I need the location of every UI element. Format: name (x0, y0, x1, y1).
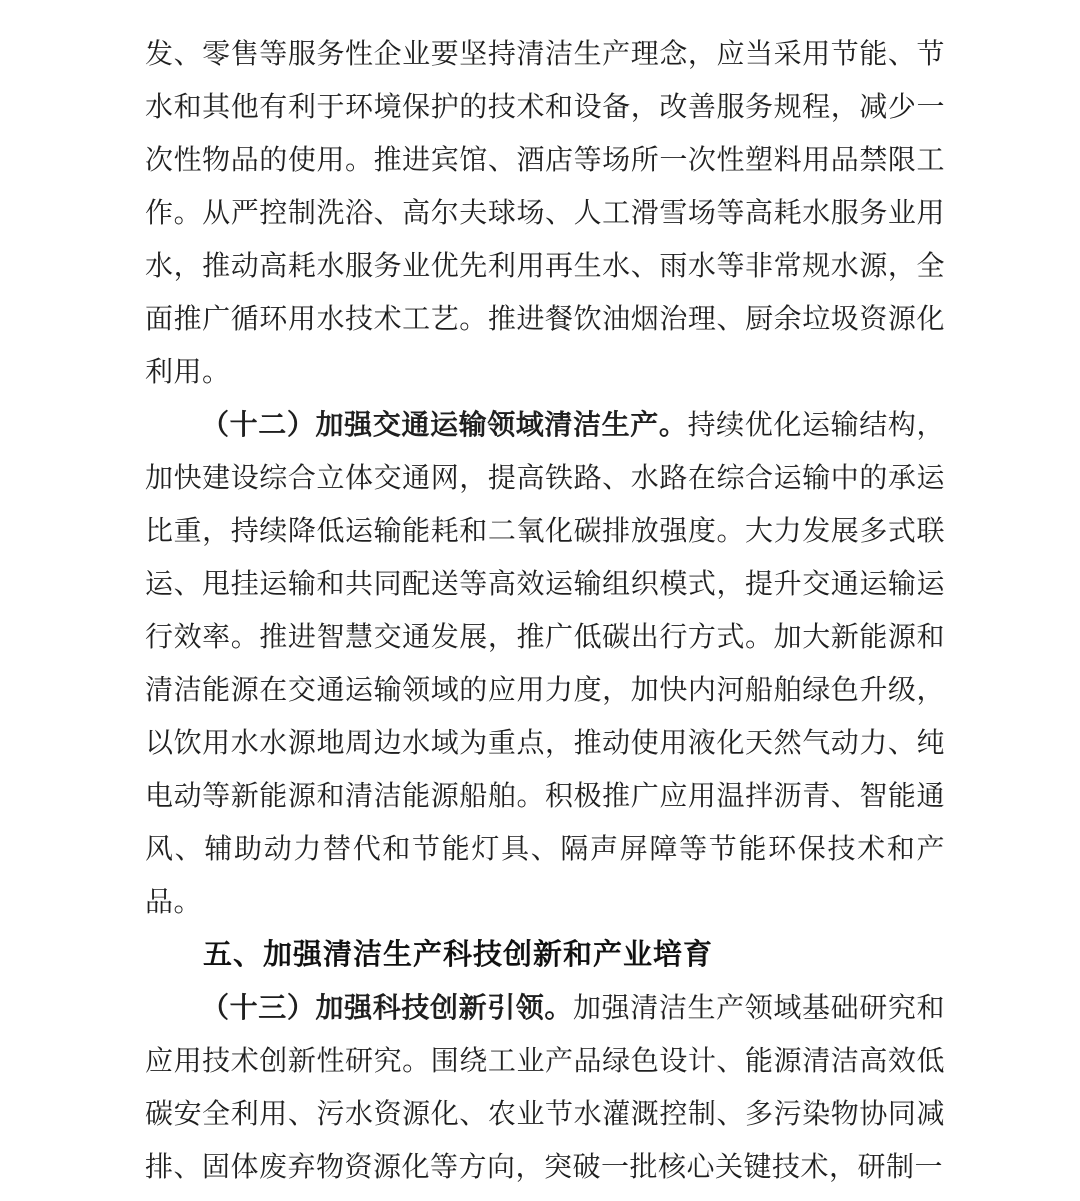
paragraph-service-industry-continued: 发、零售等服务性企业要坚持清洁生产理念，应当采用节能、节水和其他有利于环境保护的… (145, 28, 945, 399)
paragraph-text: 发、零售等服务性企业要坚持清洁生产理念，应当采用节能、节水和其他有利于环境保护的… (145, 39, 945, 388)
paragraph-lead: （十二）加强交通运输领域清洁生产。 (201, 410, 688, 441)
paragraph-lead: （十三）加强科技创新引领。 (201, 993, 573, 1024)
section-heading-part-5: 五、加强清洁生产科技创新和产业培育 (145, 929, 945, 982)
paragraph-item-13-science-innovation: （十三）加强科技创新引领。加强清洁生产领域基础研究和应用技术创新性研究。围绕工业… (145, 982, 945, 1194)
document-page: { "document": { "paragraphs": [ { "text"… (0, 0, 1080, 1201)
paragraph-text: 持续优化运输结构，加快建设综合立体交通网，提高铁路、水路在综合运输中的承运比重，… (145, 410, 945, 918)
page: 发、零售等服务性企业要坚持清洁生产理念，应当采用节能、节水和其他有利于环境保护的… (0, 0, 1080, 1201)
document-body: 发、零售等服务性企业要坚持清洁生产理念，应当采用节能、节水和其他有利于环境保护的… (145, 28, 945, 1194)
paragraph-item-12-transport-clean-production: （十二）加强交通运输领域清洁生产。持续优化运输结构，加快建设综合立体交通网，提高… (145, 399, 945, 929)
